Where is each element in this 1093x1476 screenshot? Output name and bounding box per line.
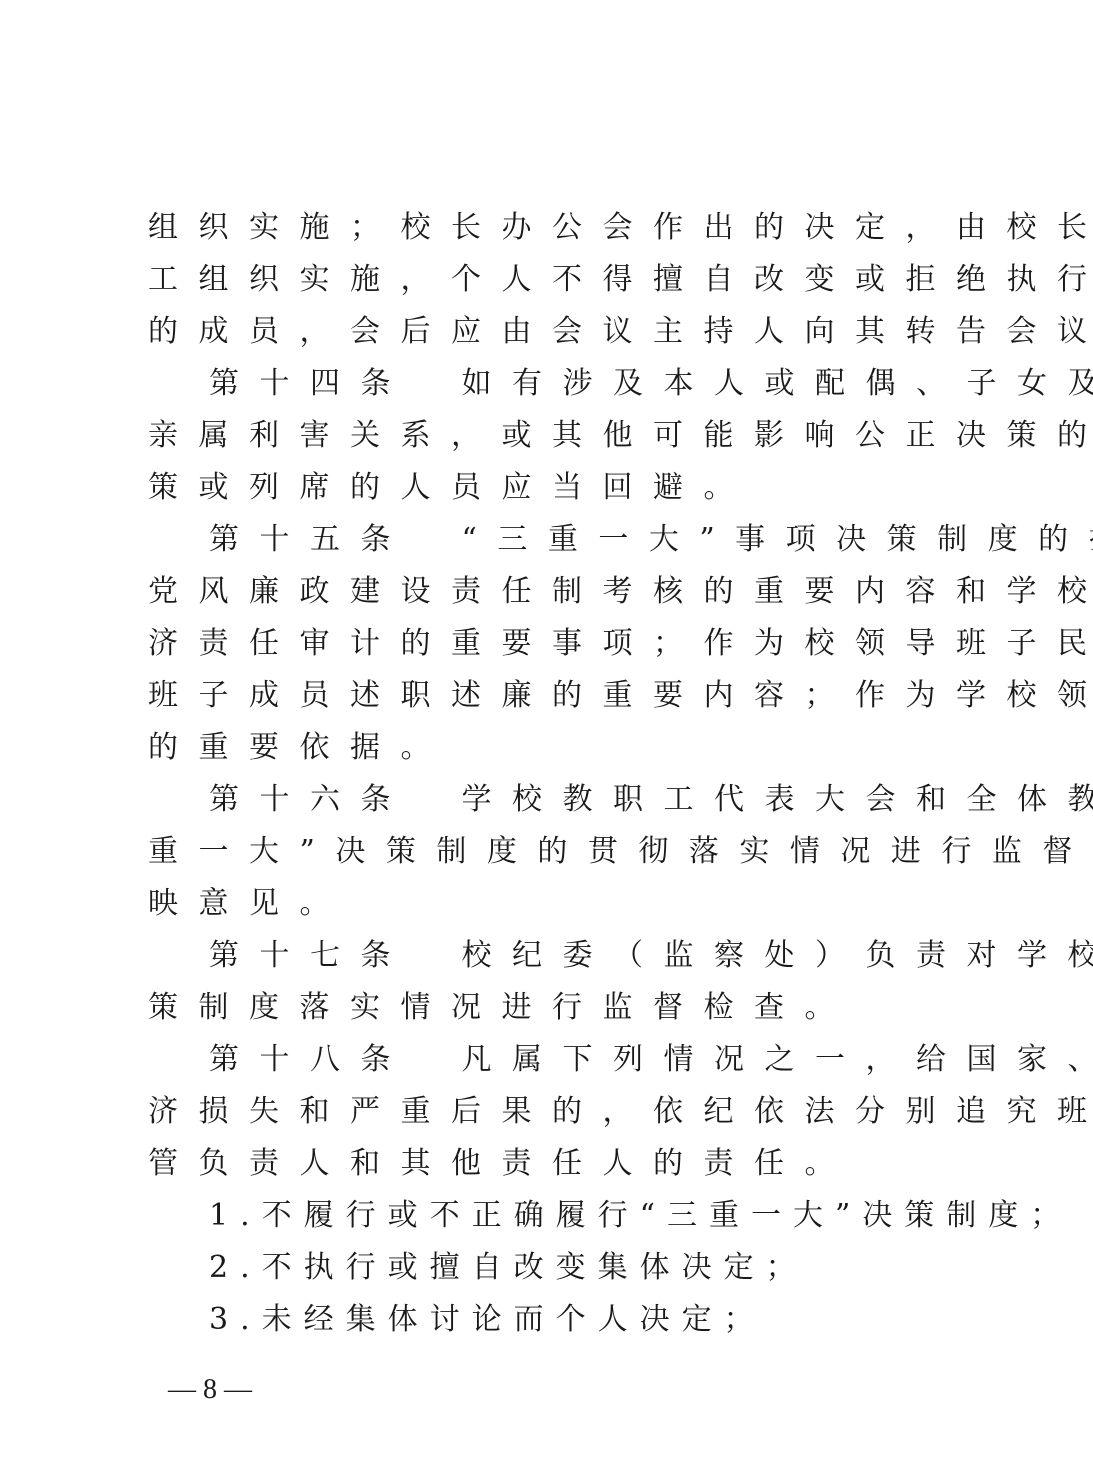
page-number: — 8 — xyxy=(168,1370,252,1410)
text-line: 策或列席的人员应当回避。 xyxy=(148,462,754,514)
text-line: 亲属利害关系，或其他可能影响公正决策的情形，相关参与决 xyxy=(148,410,1093,462)
article-14-heading-line: 第十四条 如有涉及本人或配偶、子女及其配偶以及其他 xyxy=(209,358,1093,410)
text-line: 策制度落实情况进行监督检查。 xyxy=(148,982,855,1034)
text-line: 济责任审计的重要事项；作为校领导班子民主生活会、校领导 xyxy=(148,618,1093,670)
text-line: 班子成员述职述廉的重要内容；作为学校领导干部考核、使用 xyxy=(148,670,1093,722)
list-item: 2.不执行或擅自改变集体决定； xyxy=(209,1242,808,1294)
article-15-heading-line: 第十五条 “三重一大”事项决策制度的执行情况，作为 xyxy=(209,514,1093,566)
article-18-heading-line: 第十八条 凡属下列情况之一，给国家、学校造成重大经 xyxy=(209,1034,1093,1086)
text-line: 重一大”决策制度的贯彻落实情况进行监督，并向上级部门反 xyxy=(148,826,1093,878)
list-item: 3.未经集体讨论而个人决定； xyxy=(209,1294,766,1346)
text-line: 的重要依据。 xyxy=(148,722,451,774)
text-line: 的成员，会后应由会议主持人向其转告会议的情况及其决定。 xyxy=(148,306,1093,358)
article-17-heading-line: 第十七条 校纪委（监察处）负责对学校“三重一大”决 xyxy=(209,930,1093,982)
article-16-heading-line: 第十六条 学校教职工代表大会和全体教职工有权对“三 xyxy=(209,774,1093,826)
text-line: 管负责人和其他责任人的责任。 xyxy=(148,1138,855,1190)
text-line: 组织实施；校长办公会作出的决定，由校长办公会成员按照分 xyxy=(148,202,1093,254)
text-line: 映意见。 xyxy=(148,878,350,930)
list-item: 1.不履行或不正确履行“三重一大”决策制度； xyxy=(209,1190,1072,1242)
text-line: 党风廉政建设责任制考核的重要内容和学校领导班子成员经 xyxy=(148,566,1093,618)
text-line: 济损失和严重后果的，依纪依法分别追究班子主要负责人、分 xyxy=(148,1086,1093,1138)
text-line: 工组织实施，个人不得擅自改变或拒绝执行。对未能出席会议 xyxy=(148,254,1093,306)
